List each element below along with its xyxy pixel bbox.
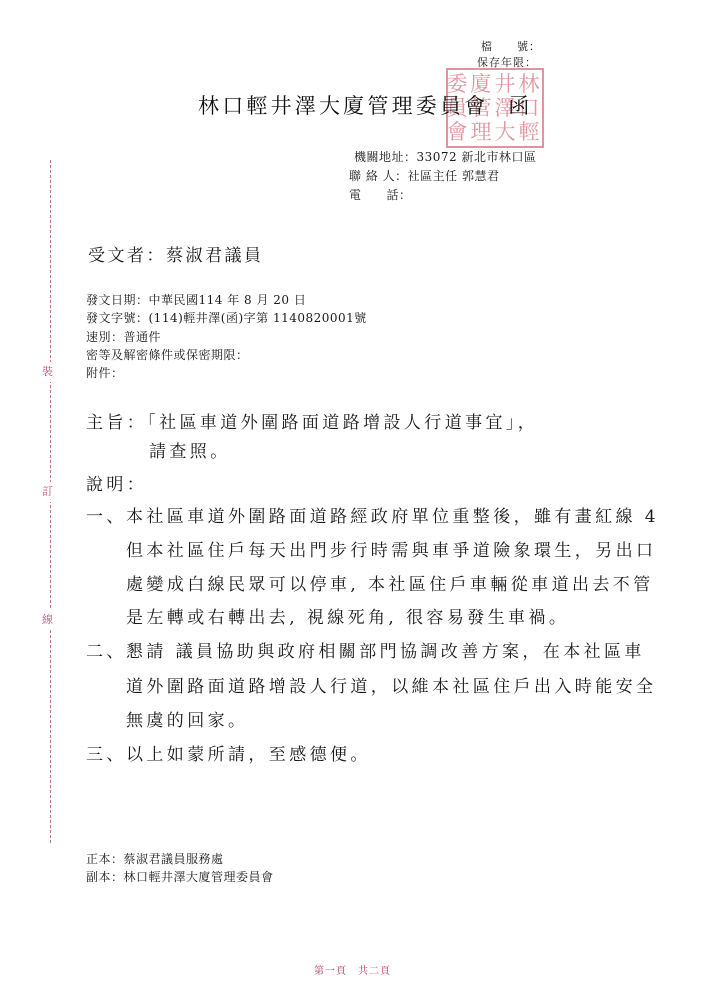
item-line: 無虞的回家。 xyxy=(126,706,248,731)
document-type: 函 xyxy=(508,94,532,118)
file-number-label: 檔 號： xyxy=(481,38,541,54)
item-line: 是左轉或右轉出去, 視線死角, 很容易發生車禍。 xyxy=(126,603,569,628)
subject-line-2: 請查照。 xyxy=(149,437,231,462)
agency-address: 機關地址：33072 新北市林口區 xyxy=(354,148,537,165)
attachment: 附件： xyxy=(86,364,124,381)
organization-name: 林口輕井澤大廈管理委員會 xyxy=(198,94,488,118)
confidentiality: 密等及解密條件或保密期限： xyxy=(86,346,249,363)
explanation-heading: 說明： xyxy=(86,470,147,495)
item-line: 道外圍路面道路增設人行道，以維本社區住戶出入時能安全 xyxy=(126,672,656,697)
copy-recipient: 副本：林口輕井澤大廈管理委員會 xyxy=(86,868,274,885)
binding-char-ding: 訂 xyxy=(42,482,53,502)
original-recipient: 正本：蔡淑君議員服務處 xyxy=(86,850,224,867)
contact-person: 聯 絡 人：社區主任 郭慧君 xyxy=(349,167,499,184)
item-number: 一、 xyxy=(86,502,127,527)
subject-line-1: 主旨：「社區車道外圍路面道路增設人行道事宜」， xyxy=(86,408,538,433)
issue-number: 發文字號：(114)輕井澤(函)字第 1140820001號 xyxy=(86,309,367,326)
contact-phone: 電 話： xyxy=(349,186,412,203)
item-line: 本社區車道外圍路面道路經政府單位重整後，雖有畫紅線 4 xyxy=(126,502,659,527)
item-number: 二、 xyxy=(86,637,127,662)
item-line: 懇請 議員協助與政府相關部門協調改善方案，在本社區車 xyxy=(126,637,645,662)
recipient: 受文者：蔡淑君議員 xyxy=(88,241,264,266)
item-line: 以上如蒙所請，至感德便。 xyxy=(126,740,371,765)
item-line: 但本社區住戶每天出門步行時需與車爭道險象環生，另出口 xyxy=(126,536,656,561)
page-indicator: 第一頁 共二頁 xyxy=(314,962,391,977)
document-title: 林口輕井澤大廈管理委員會 函 xyxy=(198,90,533,120)
issue-date: 發文日期：中華民國114 年 8 月 20 日 xyxy=(86,291,306,308)
item-line: 處變成白線民眾可以停車, 本社區住戶車輛從車道出去不管 xyxy=(126,570,654,595)
binding-char-zhuang: 裝 xyxy=(42,362,53,382)
delivery-speed: 速別：普通件 xyxy=(86,328,161,345)
binding-char-xian: 線 xyxy=(42,610,53,630)
item-number: 三、 xyxy=(86,740,127,765)
